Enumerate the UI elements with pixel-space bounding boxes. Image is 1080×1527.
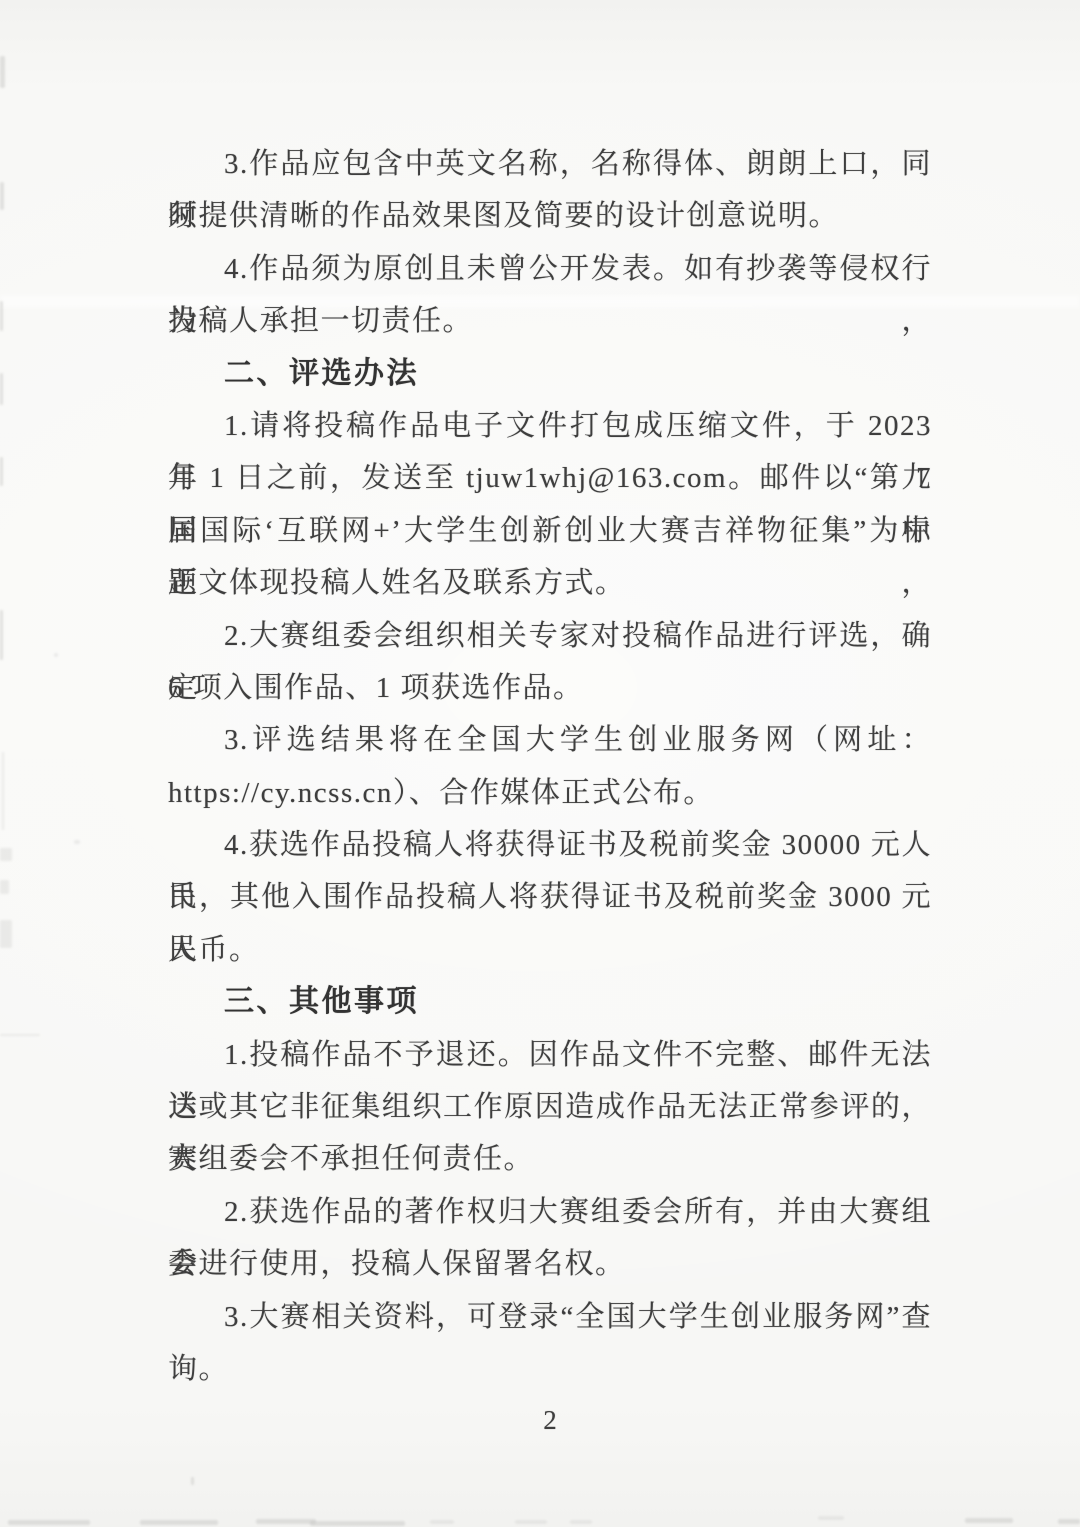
scan-artifact (0, 301, 3, 331)
scan-artifact (0, 920, 12, 948)
doc-line-19: 达或其它非征集组织工作原因造成作品无法正常参评的，大 (168, 1081, 932, 1133)
doc-line-3: 4.作品须为原创且未曾公开发表。如有抄袭等侵权行为， (168, 243, 932, 295)
scan-artifact (570, 1520, 592, 1524)
scan-artifact (191, 1477, 194, 1485)
scan-artifact (965, 1518, 1013, 1523)
document-page: 3.作品应包含中英文名称，名称得体、朗朗上口，同时 须提供清晰的作品效果图及简要… (0, 0, 1080, 1527)
scan-artifact (0, 182, 4, 210)
scan-artifact (818, 1516, 844, 1520)
scan-artifact (8, 1520, 90, 1525)
section-heading-other-matters: 三、其他事项 (168, 976, 932, 1028)
doc-line-21: 2.获选作品的著作权归大赛组委会所有，并由大赛组委 (168, 1186, 932, 1238)
doc-line-1: 3.作品应包含中英文名称，名称得体、朗朗上口，同时 (168, 138, 932, 190)
doc-line-22: 会进行使用，投稿人保留署名权。 (168, 1238, 932, 1290)
doc-line-8: 国国际‘互联网+’大学生创新创业大赛吉祥物征集”为标题， (168, 505, 932, 557)
doc-line-7: 月 1 日之前，发送至 tjuw1whj@163.com。邮件以“第九届中 (168, 452, 932, 504)
scan-artifact (256, 1519, 316, 1524)
doc-line-15: 币，其他入围作品投稿人将获得证书及税前奖金 3000 元人 (168, 871, 932, 923)
scan-artifact (0, 610, 3, 660)
doc-line-24: 询。 (168, 1343, 932, 1395)
doc-line-13: https://cy.ncss.cn）、合作媒体正式公布。 (168, 767, 932, 819)
scan-artifact (0, 1034, 40, 1036)
scan-artifact (1058, 1519, 1080, 1524)
scan-artifact (0, 373, 3, 405)
doc-line-14: 4.获选作品投稿人将获得证书及税前奖金 30000 元人民 (168, 819, 932, 871)
scan-artifact (0, 880, 9, 894)
doc-line-2: 须提供清晰的作品效果图及简要的设计创意说明。 (168, 190, 932, 242)
scan-artifact (0, 56, 5, 88)
doc-line-12: 3.评选结果将在全国大学生创业服务网（网址： (168, 714, 932, 766)
scan-artifact (74, 840, 80, 844)
scan-artifact (54, 653, 58, 657)
section-heading-evaluation: 二、评选办法 (168, 348, 932, 400)
scan-artifact (0, 457, 3, 486)
doc-line-20: 赛组委会不承担任何责任。 (168, 1133, 932, 1185)
doc-line-6: 1.请将投稿作品电子文件打包成压缩文件，于 2023 年 7 (168, 400, 932, 452)
scan-artifact (2, 752, 4, 830)
scan-artifact (140, 1520, 218, 1525)
scan-artifact (0, 848, 12, 861)
doc-line-10: 2.大赛组委会组织相关专家对投稿作品进行评选，确定 (168, 610, 932, 662)
scan-artifact (430, 1520, 454, 1524)
doc-line-18: 1.投稿作品不予退还。因作品文件不完整、邮件无法送 (168, 1029, 932, 1081)
doc-line-16: 民币。 (168, 924, 932, 976)
scan-artifact (515, 1520, 547, 1524)
document-body: 3.作品应包含中英文名称，名称得体、朗朗上口，同时 须提供清晰的作品效果图及简要… (168, 138, 932, 1395)
page-number: 2 (168, 1404, 932, 1436)
scan-artifact (310, 1521, 405, 1526)
doc-line-11: 6 项入围作品、1 项获选作品。 (168, 662, 932, 714)
doc-line-23: 3.大赛相关资料，可登录“全国大学生创业服务网”查 (168, 1291, 932, 1343)
